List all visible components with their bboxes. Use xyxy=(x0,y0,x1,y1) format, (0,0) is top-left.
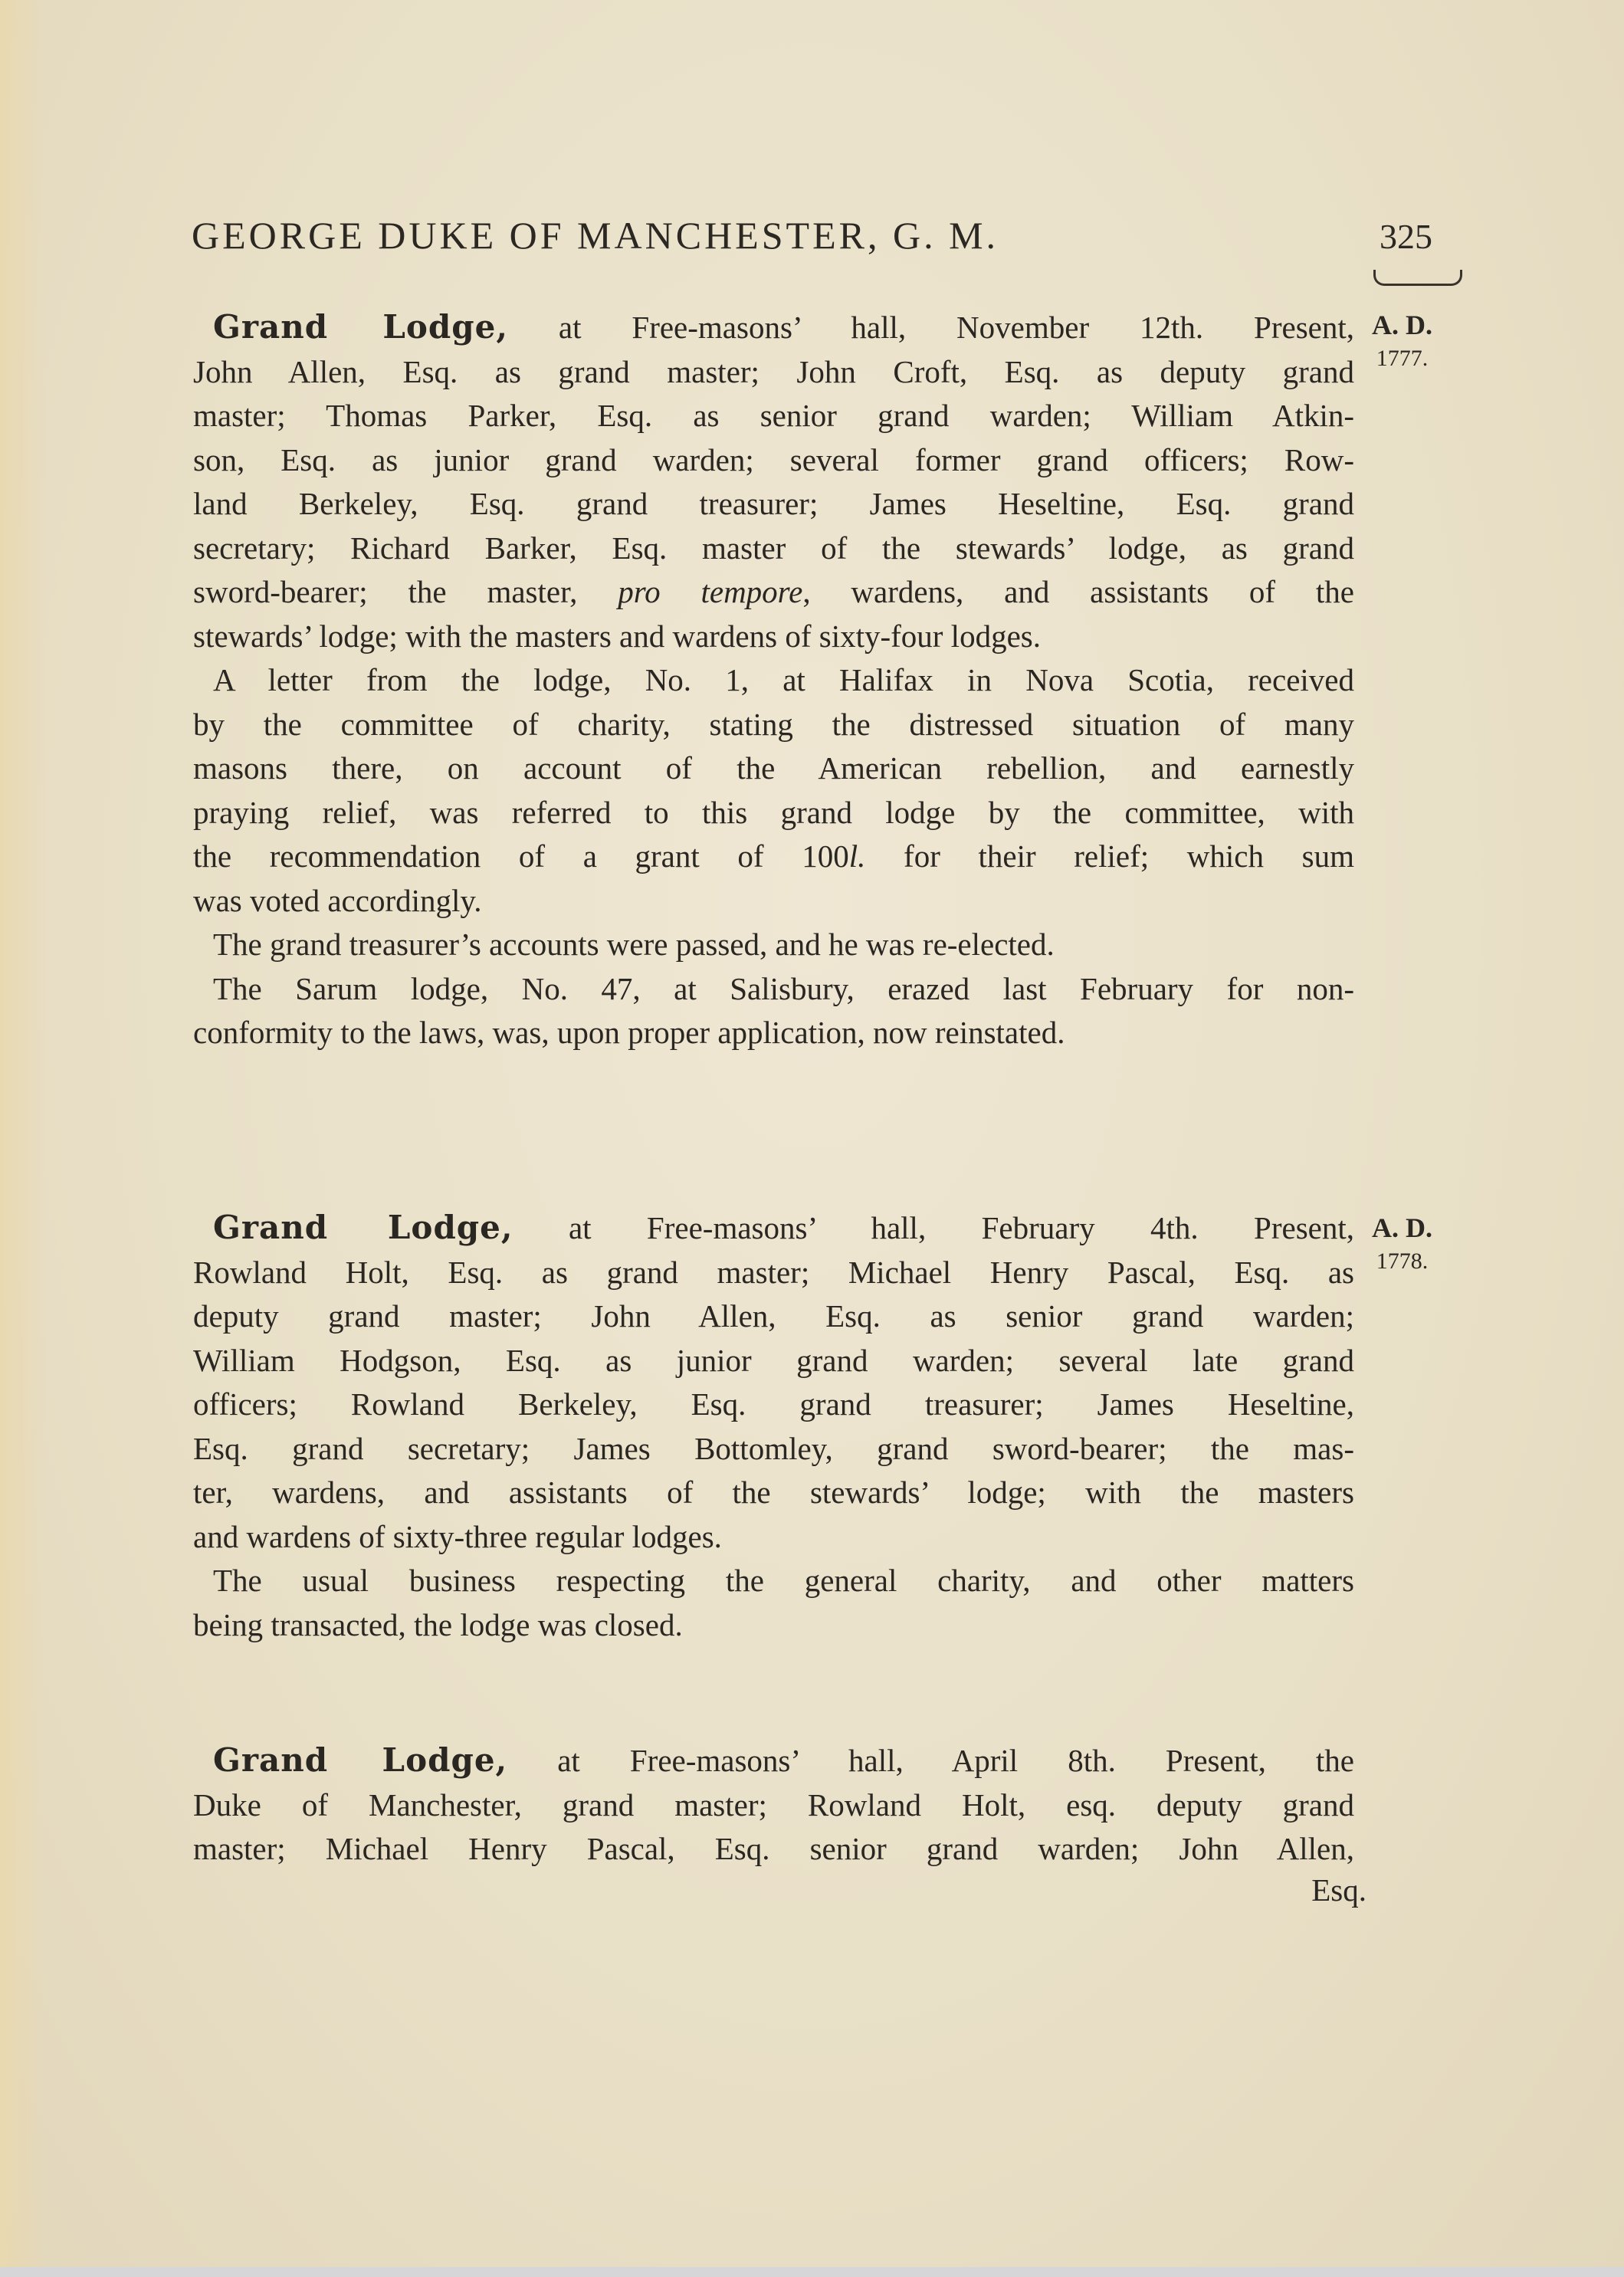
entry-april: Grand Lodge, at Free-masons’ hall, April… xyxy=(193,1738,1354,1872)
text-line: officers; Rowland Berkeley, Esq. grand t… xyxy=(193,1383,1354,1427)
entry-opening-line: Grand Lodge, at Free-masons’ hall, Novem… xyxy=(193,305,1354,350)
text-line: stewards’ lodge; with the masters and wa… xyxy=(193,615,1354,659)
page-number-brace xyxy=(1373,270,1462,286)
margin-note-1778: A. D. 1778. xyxy=(1372,1211,1432,1278)
text-line: Duke of Manchester, grand master; Rowlan… xyxy=(193,1783,1354,1828)
text-line: son, Esq. as junior grand warden; severa… xyxy=(193,438,1354,483)
text-line: deputy grand master; John Allen, Esq. as… xyxy=(193,1294,1354,1339)
text-line: master; Thomas Parker, Esq. as senior gr… xyxy=(193,394,1354,438)
text-line: was voted accordingly. xyxy=(193,879,1354,924)
text-line: the recommendation of a grant of 100l. f… xyxy=(193,835,1354,879)
entry-november-1777: Grand Lodge, at Free-masons’ hall, Novem… xyxy=(193,305,1354,1055)
entry-heading: Grand Lodge, xyxy=(213,308,508,346)
entry-opening-line: Grand Lodge, at Free-masons’ hall, Febru… xyxy=(193,1206,1354,1251)
text-line: master; Michael Henry Pascal, Esq. senio… xyxy=(193,1827,1354,1872)
text-line: and wardens of sixty-three regular lodge… xyxy=(193,1515,1354,1560)
text-line: John Allen, Esq. as grand master; John C… xyxy=(193,350,1354,395)
text-line: Rowland Holt, Esq. as grand master; Mich… xyxy=(193,1251,1354,1295)
catchword: Esq. xyxy=(1311,1872,1366,1908)
entry-heading: Grand Lodge, xyxy=(213,1741,507,1779)
text-line: conformity to the laws, was, upon proper… xyxy=(193,1011,1354,1055)
text-line: being transacted, the lodge was closed. xyxy=(193,1603,1354,1648)
pound-symbol: l. xyxy=(849,838,866,874)
margin-note-year: 1777. xyxy=(1372,342,1432,376)
page-number: 325 xyxy=(1380,216,1432,257)
margin-note-ad: A. D. xyxy=(1372,1211,1432,1245)
text-line: Esq. grand secretary; James Bottomley, g… xyxy=(193,1427,1354,1472)
text-line: A letter from the lodge, No. 1, at Halif… xyxy=(193,658,1354,703)
text-line: land Berkeley, Esq. grand treasurer; Jam… xyxy=(193,482,1354,527)
margin-note-ad: A. D. xyxy=(1372,308,1432,342)
running-head: GEORGE DUKE OF MANCHESTER, G. M. xyxy=(192,213,999,258)
text-line: sword-bearer; the master, pro tempore, w… xyxy=(193,570,1354,615)
text-line: The grand treasurer’s accounts were pass… xyxy=(193,923,1354,967)
entry-opening-line: Grand Lodge, at Free-masons’ hall, April… xyxy=(193,1738,1354,1783)
text-line: by the committee of charity, stating the… xyxy=(193,703,1354,747)
italic-phrase: pro tempore xyxy=(618,574,802,609)
margin-note-year: 1778. xyxy=(1372,1245,1432,1278)
entry-february-1778: Grand Lodge, at Free-masons’ hall, Febru… xyxy=(193,1206,1354,1647)
text-line: William Hodgson, Esq. as junior grand wa… xyxy=(193,1339,1354,1383)
text-line: The Sarum lodge, No. 47, at Salisbury, e… xyxy=(193,967,1354,1012)
text-line: secretary; Richard Barker, Esq. master o… xyxy=(193,527,1354,571)
entry-heading: Grand Lodge, xyxy=(213,1209,513,1246)
text-line: ter, wardens, and assistants of the stew… xyxy=(193,1471,1354,1515)
text-line: praying relief, was referred to this gra… xyxy=(193,791,1354,835)
text-line: The usual business respecting the genera… xyxy=(193,1559,1354,1603)
margin-note-1777: A. D. 1777. xyxy=(1372,308,1432,376)
text-line: masons there, on account of the American… xyxy=(193,746,1354,791)
book-page: GEORGE DUKE OF MANCHESTER, G. M. 325 A. … xyxy=(0,0,1624,2267)
